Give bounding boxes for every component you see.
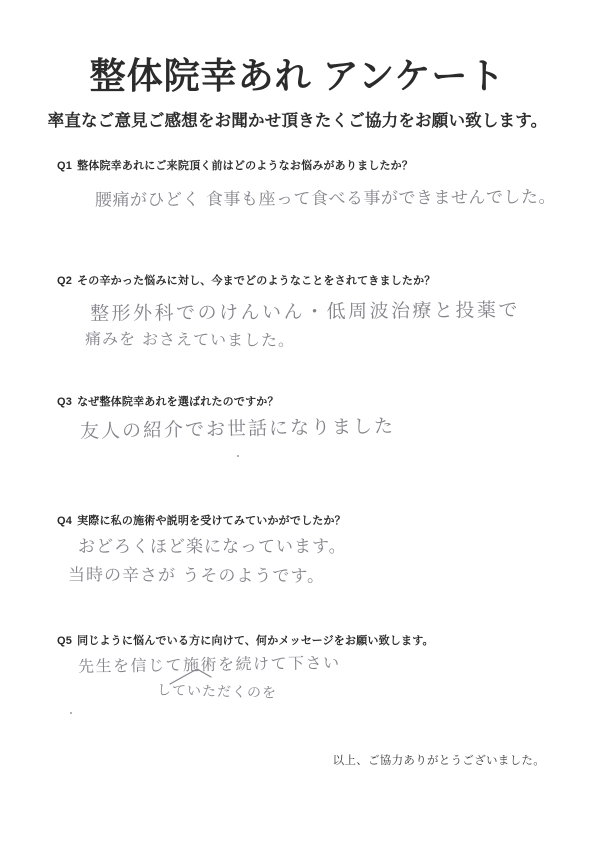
question-label: なぜ整体院幸あれを選ばれたのですか？ — [77, 396, 279, 408]
question-label: 同じように悩んでいる方に向けて、何かメッセージをお願い致します。 — [77, 635, 434, 647]
question-block-q3: Q3なぜ整体院幸あれを選ばれたのですか？ 友人の紹介でお世話になりました — [0, 393, 595, 503]
question-number: Q4 — [57, 515, 72, 527]
handwritten-answer-line: 友人の紹介でお世話になりました — [80, 411, 395, 443]
handwritten-answer-line: 当時の辛さが うそのようです。 — [68, 560, 325, 586]
question-label-row: Q1整体院幸あれにご来院頂く前はどのようなお悩みがありましたか？ — [57, 157, 595, 173]
handwritten-insertion-note: していただくのを — [157, 679, 277, 702]
question-label: 整体院幸あれにご来院頂く前はどのようなお悩みがありましたか？ — [77, 160, 413, 172]
page-subtitle: 率直なご意見ご感想をお聞かせ頂きたくご協力をお願い致します。 — [0, 107, 595, 131]
stray-pencil-dot — [70, 712, 72, 714]
question-label-row: Q4実際に私の施術や説明を受けてみていかがでしたか？ — [57, 512, 595, 528]
handwritten-answer-line: 痛みを おさえていました。 — [85, 326, 295, 351]
question-label-row: Q2その辛かった悩みに対し、今までどのようなことをされてきましたか？ — [57, 272, 595, 288]
question-block-q4: Q4実際に私の施術や説明を受けてみていかがでしたか？ おどろくほど楽になっていま… — [0, 512, 595, 627]
question-number: Q1 — [57, 160, 72, 172]
question-number: Q3 — [57, 396, 72, 408]
page-title: 整体院幸あれ アンケート — [0, 48, 595, 99]
question-block-q1: Q1整体院幸あれにご来院頂く前はどのようなお悩みがありましたか？ 腰痛がひどく … — [0, 157, 595, 267]
question-label: その辛かった悩みに対し、今までどのようなことをされてきましたか？ — [77, 275, 435, 287]
survey-page: 整体院幸あれ アンケート 率直なご意見ご感想をお聞かせ頂きたくご協力をお願い致し… — [0, 0, 595, 842]
handwritten-answer-line: おどろくほど楽になっています。 — [78, 532, 347, 557]
question-block-q2: Q2その辛かった悩みに対し、今までどのようなことをされてきましたか？ 整形外科で… — [0, 272, 595, 387]
question-label-row: Q5同じように悩んでいる方に向けて、何かメッセージをお願い致します。 — [57, 632, 595, 648]
closing-note: 以上、ご協力ありがとうございました。 — [333, 752, 545, 768]
handwritten-answer-line: 腰痛がひどく 食事も座って食べる事ができませんでした。 — [95, 182, 556, 210]
handwritten-answer-line: 整形外科でのけんいん・低周波治療と投薬で — [90, 295, 520, 326]
question-number: Q2 — [57, 275, 72, 287]
stray-pencil-dot — [237, 455, 239, 457]
question-label: 実際に私の施術や説明を受けてみていかがでしたか？ — [77, 515, 346, 527]
question-number: Q5 — [57, 635, 72, 647]
question-label-row: Q3なぜ整体院幸あれを選ばれたのですか？ — [57, 393, 595, 409]
question-block-q5: Q5同じように悩んでいる方に向けて、何かメッセージをお願い致します。 先生を信じ… — [0, 632, 595, 742]
